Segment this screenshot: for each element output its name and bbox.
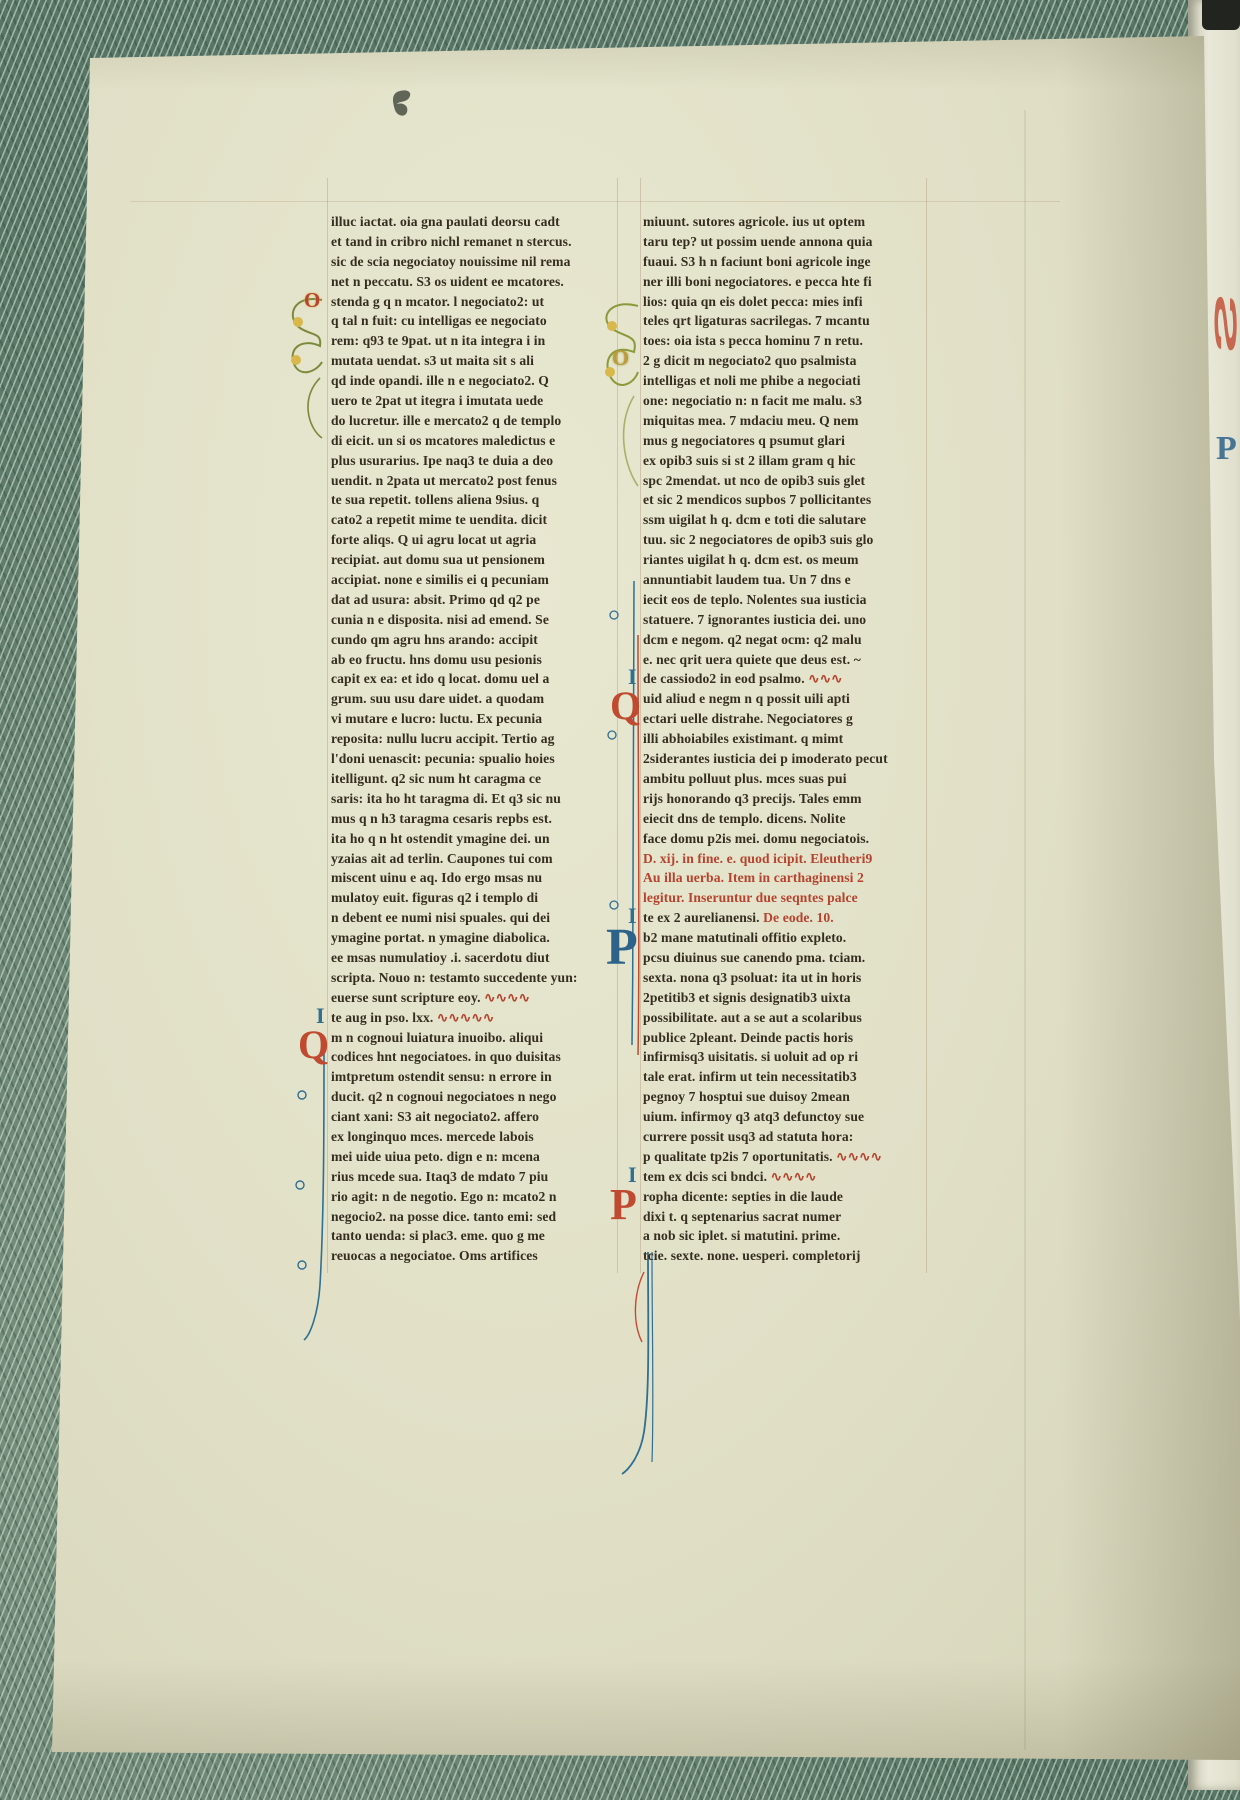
line-segment: riantes uigilat h q. dcm est. os meum [643, 552, 859, 567]
line-segment: et tand in cribro nichl remanet n stercu… [331, 234, 572, 249]
text-line: ambitu polluut plus. mces suas pui [643, 769, 931, 789]
line-segment: one: negociatio n: n facit me malu. s3 [643, 393, 862, 408]
text-line: tale erat. infirm ut tein necessitatib3 [643, 1067, 931, 1087]
line-segment: cundo qm agru hns arando: accipit [331, 632, 538, 647]
text-line: rius mcede sua. Itaq3 de mdato 7 piu [331, 1167, 619, 1187]
line-segment: mei uide uiua peto. dign e n: mcena [331, 1149, 540, 1164]
text-line: ymagine portat. n ymagine diabolica. [331, 928, 619, 948]
line-segment: ∿∿∿∿ [836, 1149, 882, 1164]
text-line: imtpretum ostendit sensu: n errore in [331, 1067, 619, 1087]
line-segment: pegnoy 7 hosptui sue duisoy 2mean [643, 1089, 850, 1104]
text-line: sic de scia negociatoy nouissime nil rem… [331, 252, 619, 272]
decorated-initial: Q [610, 686, 641, 726]
line-segment: imtpretum ostendit sensu: n errore in [331, 1069, 552, 1084]
line-segment: dcm e negom. q2 negat ocm: q2 malu [643, 632, 862, 647]
line-segment: pcsu diuinus sue canendo pma. tciam. [643, 950, 865, 965]
line-segment: m n cognoui luiatura inuoibo. aliqui [331, 1030, 543, 1045]
line-segment: dixi t. q septenarius sacrat numer [643, 1209, 841, 1224]
line-segment: rem: q93 te 9pat. ut n ita integra i in [331, 333, 545, 348]
line-segment: p qualitate tp2is 7 oportunitatis. [643, 1149, 836, 1164]
text-line: yzaias ait ad terlin. Caupones tui com [331, 849, 619, 869]
line-segment: illi abhoiabiles existimant. q mimt [643, 731, 843, 746]
line-segment: intelligas et noli me phibe a negociati [643, 373, 861, 388]
text-line: face domu p2is mei. domu negociatois. [643, 829, 931, 849]
text-line: tuu. sic 2 negociatores de opib3 suis gl… [643, 530, 931, 550]
text-line: fuaui. S3 h n faciunt boni agricole inge [643, 252, 931, 272]
text-line: Pb2 mane matutinali offitio expleto. [643, 928, 931, 948]
line-segment: ∿∿∿∿ [484, 990, 530, 1005]
text-line: rem: q93 te 9pat. ut n ita integra i in [331, 331, 619, 351]
text-line: l'doni uenascit: pecunia: spualio hoies [331, 749, 619, 769]
text-line: plus usurarius. Ipe naq3 te duia a deo [331, 451, 619, 471]
line-segment: euerse sunt scripture eoy. [331, 990, 484, 1005]
line-segment: forte aliqs. Q ui agru locat ut agria [331, 532, 536, 547]
text-line: Quid aliud e negm n q possit uili apti [643, 689, 931, 709]
text-line: 2petitib3 et signis designatib3 uixta [643, 988, 931, 1008]
line-segment: saris: ita ho ht taragma di. Et q3 sic n… [331, 791, 561, 806]
filigree-left-initial [290, 1035, 334, 1345]
line-segment: sic de scia negociatoy nouissime nil rem… [331, 254, 570, 269]
line-segment: miquitas mea. 7 mdaciu meu. Q nem [643, 413, 859, 428]
text-line: ee msas numulatioy .i. sacerdotu diut [331, 948, 619, 968]
text-line: tcie. sexte. none. uesperi. completorij [643, 1246, 931, 1266]
text-line: ducit. q2 n cognoui negociatoes n nego [331, 1087, 619, 1107]
text-line: sexta. nona q3 psoluat: ita ut in horis [643, 968, 931, 988]
text-line: saris: ita ho ht taragma di. Et q3 sic n… [331, 789, 619, 809]
line-segment: itelligunt. q2 sic num ht caragma ce [331, 771, 541, 786]
text-line: recipiat. aut domu sua ut pensionem [331, 550, 619, 570]
text-line: tanto uenda: si plac3. eme. quo g me [331, 1226, 619, 1246]
text-line: negocio2. na posse dice. tanto emi: sed [331, 1207, 619, 1227]
text-line: 2siderantes iusticia dei p imoderato pec… [643, 749, 931, 769]
line-segment: cunia n e disposita. nisi ad emend. Se [331, 612, 549, 627]
text-line: Item ex dcis sci bndci. ∿∿∿∿ [643, 1167, 931, 1187]
line-segment: de cassiodo2 in eod psalmo. [643, 671, 808, 686]
text-line: accipiat. none e similis ei q pecuniam [331, 570, 619, 590]
decorated-initial: Q [298, 1025, 329, 1065]
line-segment: ssm uigilat h q. dcm e toti die salutare [643, 512, 866, 527]
line-segment: di eicit. un si os mcatores maledictus e [331, 433, 555, 448]
ink-smudge-mark [383, 86, 425, 130]
text-line: miscent uinu e aq. Ido ergo msas nu [331, 868, 619, 888]
line-segment: 2siderantes iusticia dei p imoderato pec… [643, 751, 888, 766]
page-crease [1024, 110, 1026, 1750]
text-line: ciant xani: S3 ait negociato2. affero [331, 1107, 619, 1127]
text-line: D. xij. in fine. e. quod icipit. Eleuthe… [643, 849, 931, 869]
text-line: pegnoy 7 hosptui sue duisoy 2mean [643, 1087, 931, 1107]
text-line: miquitas mea. 7 mdaciu meu. Q nem [643, 411, 931, 431]
text-line: possibilitate. aut a se aut a scolaribus [643, 1008, 931, 1028]
text-line: toes: oia ista s pecca hominu 7 n retu. [643, 331, 931, 351]
text-line: n debent ee numi nisi spuales. qui dei [331, 908, 619, 928]
line-segment: vi mutare e lucro: luctu. Ex pecunia [331, 711, 542, 726]
text-line: publice 2pleant. Deinde pactis horis [643, 1028, 931, 1048]
text-line: net n peccatu. S3 os uident ee mcatores. [331, 272, 619, 292]
line-segment: ita ho q n ht ostendit ymagine dei. un [331, 831, 550, 846]
text-line: miuunt. sutores agricole. ius ut optem [643, 212, 931, 232]
text-line: eiecit dns de templo. dicens. Nolite [643, 809, 931, 829]
line-segment: uium. infirmoy q3 atq3 defunctoy sue [643, 1109, 864, 1124]
text-line: Ite ex 2 aurelianensi. De eode. 10. [643, 908, 931, 928]
line-segment: cato2 a repetit mime te uendita. dicit [331, 512, 547, 527]
decorated-initial: P [610, 1183, 637, 1227]
text-line: Qm n cognoui luiatura inuoibo. aliqui [331, 1028, 619, 1048]
text-line: e. nec qrit uera quiete que deus est. ~ [643, 650, 931, 670]
line-segment: net n peccatu. S3 os uident ee mcatores. [331, 274, 564, 289]
text-line: forte aliqs. Q ui agru locat ut agria [331, 530, 619, 550]
text-line: capit ex ea: et ido q locat. domu uel a [331, 669, 619, 689]
line-segment: infirmisq3 uisitatis. si uoluit ad op ri [643, 1049, 858, 1064]
text-line: O2 g dicit m negociato2 quo psalmista [643, 351, 931, 371]
line-segment: capit ex ea: et ido q locat. domu uel a [331, 671, 549, 686]
line-segment: mutata uendat. s3 ut maita sit s ali [331, 353, 534, 368]
line-segment: reuocas a negociatoe. Oms artifices [331, 1248, 538, 1263]
text-line: qd inde opandi. ille n e negociato2. Q [331, 371, 619, 391]
text-line: codices hnt negociatoes. in quo duisitas [331, 1047, 619, 1067]
line-segment: 2 g dicit m negociato2 quo psalmista [643, 353, 857, 368]
line-segment: b2 mane matutinali offitio expleto. [643, 930, 846, 945]
text-line: riantes uigilat h q. dcm est. os meum [643, 550, 931, 570]
line-segment: ∿∿∿∿ [771, 1169, 817, 1184]
text-line: uendit. n 2pata ut mercato2 post fenus [331, 471, 619, 491]
line-segment: reposita: nullu lucru accipit. Tertio ag [331, 731, 555, 746]
line-segment: et sic 2 mendicos supbos 7 pollicitantes [643, 492, 871, 507]
text-line: mus g negociatores q psumut glari [643, 431, 931, 451]
text-line: rijs honorando q3 precijs. Tales emm [643, 789, 931, 809]
text-line: taru tep? ut possim uende annona quia [643, 232, 931, 252]
text-line: iecit eos de teplo. Nolentes sua iustici… [643, 590, 931, 610]
line-segment: ∿∿∿ [808, 671, 842, 686]
text-line: ex opib3 suis si st 2 illam gram q hic [643, 451, 931, 471]
line-segment: ex opib3 suis si st 2 illam gram q hic [643, 453, 856, 468]
text-column-left: illuc iactat. oia gna paulati deorsu cad… [331, 212, 619, 1266]
line-segment: miscent uinu e aq. Ido ergo msas nu [331, 870, 542, 885]
line-segment: ducit. q2 n cognoui negociatoes n nego [331, 1089, 556, 1104]
line-segment: Au illa uerba. Item in carthaginensi 2 [643, 870, 864, 885]
text-line: dat ad usura: absit. Primo qd q2 pe [331, 590, 619, 610]
manuscript-photo: { "colors": { "ink": "#352e20", "rubric_… [0, 0, 1240, 1800]
line-segment: q tal n fuit: cu intelligas ee negociato [331, 313, 547, 328]
text-line: dixi t. q septenarius sacrat numer [643, 1207, 931, 1227]
text-line: cunia n e disposita. nisi ad emend. Se [331, 610, 619, 630]
line-segment: sexta. nona q3 psoluat: ita ut in horis [643, 970, 861, 985]
line-segment: n debent ee numi nisi spuales. qui dei [331, 910, 550, 925]
line-segment: stenda g q n mcator. l negociato2: ut [331, 294, 544, 309]
line-segment: do lucretur. ille e mercato2 q de templo [331, 413, 561, 428]
text-line: ssm uigilat h q. dcm e toti die salutare [643, 510, 931, 530]
text-line: grum. suu usu dare uidet. a quodam [331, 689, 619, 709]
text-line: uium. infirmoy q3 atq3 defunctoy sue [643, 1107, 931, 1127]
text-line: ita ho q n ht ostendit ymagine dei. un [331, 829, 619, 849]
line-segment: qd inde opandi. ille n e negociato2. Q [331, 373, 549, 388]
line-segment: e. nec qrit uera quiete que deus est. ~ [643, 652, 861, 667]
text-line: reposita: nullu lucru accipit. Tertio ag [331, 729, 619, 749]
text-line: illuc iactat. oia gna paulati deorsu cad… [331, 212, 619, 232]
text-line: mulatoy euit. figuras q2 i templo di [331, 888, 619, 908]
text-line: Propha dicente: septies in die laude [643, 1187, 931, 1207]
line-segment: 2petitib3 et signis designatib3 uixta [643, 990, 851, 1005]
text-line: te sua repetit. tollens aliena 9sius. q [331, 490, 619, 510]
line-segment: ab eo fructu. hns domu usu pesionis [331, 652, 542, 667]
line-segment: ciant xani: S3 ait negociato2. affero [331, 1109, 539, 1124]
decorated-initial: O [612, 347, 629, 369]
line-segment: uero te 2pat ut itegra i imutata uede [331, 393, 543, 408]
text-line: lios: quia qn eis dolet pecca: mies infi [643, 292, 931, 312]
line-segment: D. xij. in fine. e. quod icipit. Eleuthe… [643, 851, 872, 866]
ruling-line-horizontal [130, 201, 1060, 202]
text-line: do lucretur. ille e mercato2 q de templo [331, 411, 619, 431]
line-segment: l'doni uenascit: pecunia: spualio hoies [331, 751, 555, 766]
line-segment: rius mcede sua. Itaq3 de mdato 7 piu [331, 1169, 548, 1184]
line-segment: recipiat. aut domu sua ut pensionem [331, 552, 545, 567]
line-segment: tale erat. infirm ut tein necessitatib3 [643, 1069, 857, 1084]
line-segment: uid aliud e negm n q possit uili apti [643, 691, 850, 706]
text-line: Ostenda g q n mcator. l negociato2: ut [331, 292, 619, 312]
line-segment: miuunt. sutores agricole. ius ut optem [643, 214, 865, 229]
text-line: dcm e negom. q2 negat ocm: q2 malu [643, 630, 931, 650]
text-line: di eicit. un si os mcatores maledictus e [331, 431, 619, 451]
line-segment: mulatoy euit. figuras q2 i templo di [331, 890, 538, 905]
text-line: currere possit usq3 ad statuta hora: [643, 1127, 931, 1147]
line-segment: plus usurarius. Ipe naq3 te duia a deo [331, 453, 553, 468]
line-segment: tanto uenda: si plac3. eme. quo g me [331, 1228, 545, 1243]
line-segment: rio agit: n de negotio. Ego n: mcato2 n [331, 1189, 557, 1204]
text-line: Au illa uerba. Item in carthaginensi 2 [643, 868, 931, 888]
line-segment: negocio2. na posse dice. tanto emi: sed [331, 1209, 556, 1224]
text-line: illi abhoiabiles existimant. q mimt [643, 729, 931, 749]
line-segment: iecit eos de teplo. Nolentes sua iustici… [643, 592, 866, 607]
line-segment: eiecit dns de templo. dicens. Nolite [643, 811, 846, 826]
line-segment: statuere. 7 ignorantes iusticia dei. uno [643, 612, 866, 627]
line-segment: ymagine portat. n ymagine diabolica. [331, 930, 550, 945]
line-segment: yzaias ait ad terlin. Caupones tui com [331, 851, 553, 866]
text-line: statuere. 7 ignorantes iusticia dei. uno [643, 610, 931, 630]
line-segment: publice 2pleant. Deinde pactis horis [643, 1030, 853, 1045]
text-line: q tal n fuit: cu intelligas ee negociato [331, 311, 619, 331]
text-column-right: miuunt. sutores agricole. ius ut optemta… [643, 212, 931, 1266]
text-line: one: negociatio n: n facit me malu. s3 [643, 391, 931, 411]
line-segment: ectari uelle distrahe. Negociatores g [643, 711, 853, 726]
text-line: annuntiabit laudem tua. Un 7 dns e [643, 570, 931, 590]
text-line: scripta. Nouo n: testamto succedente yun… [331, 968, 619, 988]
text-line: et sic 2 mendicos supbos 7 pollicitantes [643, 490, 931, 510]
line-segment: ner illi boni negociatores. e pecca hte … [643, 274, 872, 289]
line-segment: illuc iactat. oia gna paulati deorsu cad… [331, 214, 560, 229]
text-line: cato2 a repetit mime te uendita. dicit [331, 510, 619, 530]
line-segment: toes: oia ista s pecca hominu 7 n retu. [643, 333, 863, 348]
line-segment: rijs honorando q3 precijs. Tales emm [643, 791, 862, 806]
line-segment: ropha dicente: septies in die laude [643, 1189, 843, 1204]
line-segment: teles qrt ligaturas sacrilegas. 7 mcantu [643, 313, 870, 328]
line-segment: face domu p2is mei. domu negociatois. [643, 831, 869, 846]
line-segment: codices hnt negociatoes. in quo duisitas [331, 1049, 561, 1064]
text-line: p qualitate tp2is 7 oportunitatis. ∿∿∿∿ [643, 1147, 931, 1167]
text-line: pcsu diuinus sue canendo pma. tciam. [643, 948, 931, 968]
line-segment: grum. suu usu dare uidet. a quodam [331, 691, 544, 706]
text-line: spc 2mendat. ut nco de opib3 suis glet [643, 471, 931, 491]
text-line: vi mutare e lucro: luctu. Ex pecunia [331, 709, 619, 729]
text-line: teles qrt ligaturas sacrilegas. 7 mcantu [643, 311, 931, 331]
line-segment: scripta. Nouo n: testamto succedente yun… [331, 970, 578, 985]
line-segment: fuaui. S3 h n faciunt boni agricole inge [643, 254, 871, 269]
text-line: itelligunt. q2 sic num ht caragma ce [331, 769, 619, 789]
line-segment: De eode. 10. [763, 910, 834, 925]
text-line: mei uide uiua peto. dign e n: mcena [331, 1147, 619, 1167]
line-segment: tuu. sic 2 negociatores de opib3 suis gl… [643, 532, 873, 547]
line-segment: te sua repetit. tollens aliena 9sius. q [331, 492, 539, 507]
text-line: ner illi boni negociatores. e pecca hte … [643, 272, 931, 292]
line-segment: legitur. Inseruntur due seqntes palce [643, 890, 858, 905]
line-segment: te aug in pso. lxx. [331, 1010, 437, 1025]
text-line: infirmisq3 uisitatis. si uoluit ad op ri [643, 1047, 931, 1067]
line-segment: spc 2mendat. ut nco de opib3 suis glet [643, 473, 865, 488]
line-segment: currere possit usq3 ad statuta hora: [643, 1129, 853, 1144]
parchment-page: illuc iactat. oia gna paulati deorsu cad… [0, 0, 1240, 1800]
line-segment: tem ex dcis sci bndci. [643, 1169, 771, 1184]
text-line: ectari uelle distrahe. Negociatores g [643, 709, 931, 729]
text-line: ex longinquo mces. mercede labois [331, 1127, 619, 1147]
decorated-initial: O [304, 290, 320, 311]
text-line: mutata uendat. s3 ut maita sit s ali [331, 351, 619, 371]
text-line: ab eo fructu. hns domu usu pesionis [331, 650, 619, 670]
line-segment: ee msas numulatioy .i. sacerdotu diut [331, 950, 550, 965]
line-segment: a nob sic iplet. si matutini. prime. [643, 1228, 840, 1243]
text-line: Ite aug in pso. lxx. ∿∿∿∿∿ [331, 1008, 619, 1028]
line-segment: accipiat. none e similis ei q pecuniam [331, 572, 549, 587]
foliate-flourish-left [282, 288, 328, 503]
line-segment: te ex 2 aurelianensi. [643, 910, 763, 925]
line-segment: uendit. n 2pata ut mercato2 post fenus [331, 473, 557, 488]
line-segment: tcie. sexte. none. uesperi. completorij [643, 1248, 861, 1263]
line-segment: annuntiabit laudem tua. Un 7 dns e [643, 572, 851, 587]
facing-blue-initial: P [1216, 430, 1237, 468]
text-line: cundo qm agru hns arando: accipit [331, 630, 619, 650]
text-line: uero te 2pat ut itegra i imutata uede [331, 391, 619, 411]
line-segment: ∿∿∿∿∿ [437, 1010, 494, 1025]
line-segment: possibilitate. aut a se aut a scolaribus [643, 1010, 862, 1025]
text-line: intelligas et noli me phibe a negociati [643, 371, 931, 391]
text-line: legitur. Inseruntur due seqntes palce [643, 888, 931, 908]
text-line: a nob sic iplet. si matutini. prime. [643, 1226, 931, 1246]
facing-red-ornament: ᔓ [1214, 255, 1237, 375]
line-segment: mus q n h3 taragma cesaris repbs est. [331, 811, 552, 826]
text-line: mus q n h3 taragma cesaris repbs est. [331, 809, 619, 829]
line-segment: taru tep? ut possim uende annona quia [643, 234, 873, 249]
line-segment: ambitu polluut plus. mces suas pui [643, 771, 847, 786]
line-segment: dat ad usura: absit. Primo qd q2 pe [331, 592, 540, 607]
binding-clasp [1202, 0, 1240, 30]
line-segment: mus g negociatores q psumut glari [643, 433, 845, 448]
decorated-initial: P [606, 922, 638, 974]
line-segment: lios: quia qn eis dolet pecca: mies infi [643, 294, 863, 309]
text-line: Ide cassiodo2 in eod psalmo. ∿∿∿ [643, 669, 931, 689]
text-line: et tand in cribro nichl remanet n stercu… [331, 232, 619, 252]
text-line: rio agit: n de negotio. Ego n: mcato2 n [331, 1187, 619, 1207]
line-segment: ex longinquo mces. mercede labois [331, 1129, 534, 1144]
blue-tail-flourish [618, 1252, 674, 1482]
text-line: euerse sunt scripture eoy. ∿∿∿∿ [331, 988, 619, 1008]
text-line: reuocas a negociatoe. Oms artifices [331, 1246, 619, 1266]
